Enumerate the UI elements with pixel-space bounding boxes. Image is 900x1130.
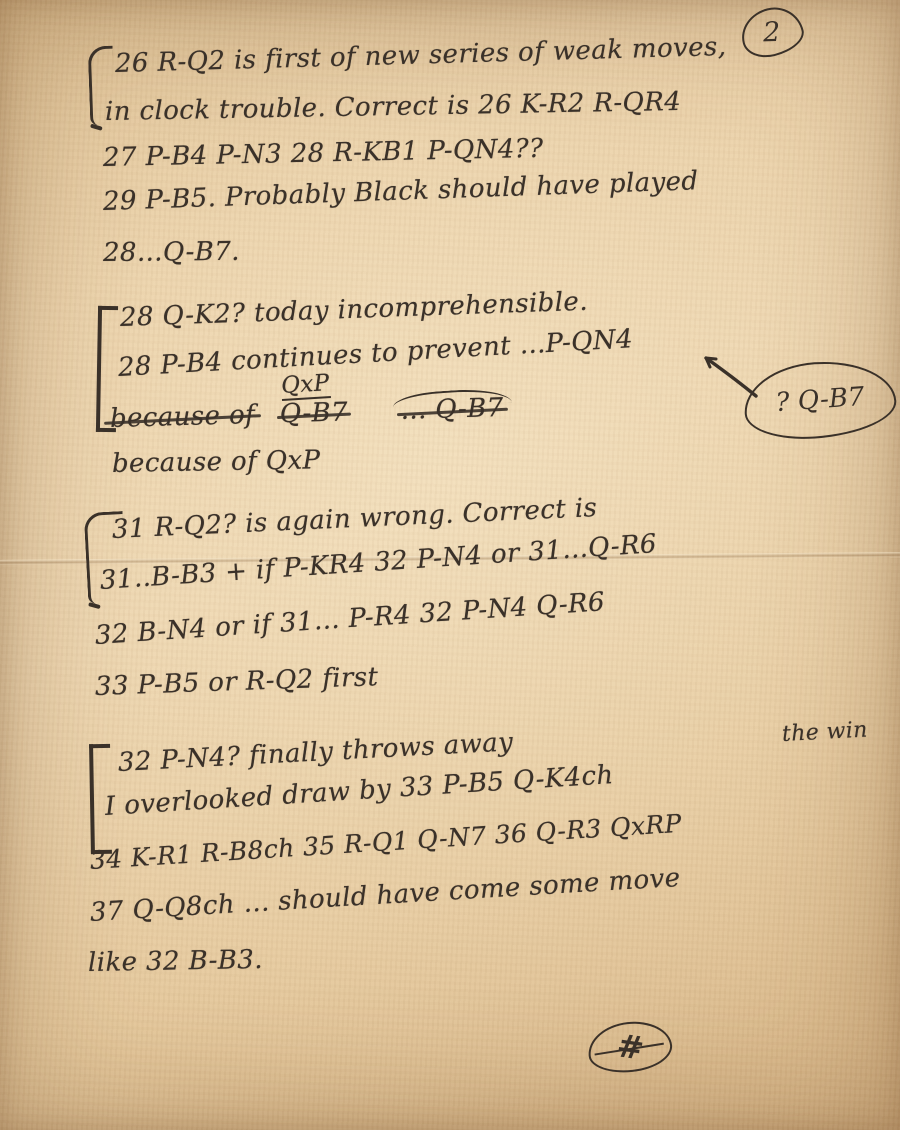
struck-move: Q-B7 [279, 397, 348, 429]
page-number: 2 [763, 16, 781, 48]
note-line: 29 P-B5. Probably Black should have play… [102, 166, 698, 217]
struck-alt-move: ... Q-B7 [400, 393, 504, 426]
end-mark-symbol: # [614, 1026, 646, 1067]
page-number-circle: 2 [736, 1, 808, 63]
note-line: 33 P-B5 or R-Q2 first [94, 662, 378, 702]
note-line-corrected: because of QxP Q-B7 ... Q-B7 [110, 393, 504, 434]
struck-text: because of [110, 400, 256, 434]
note-line: 28 Q-K2? today incomprehensible. [119, 287, 588, 333]
annotation-text: ? Q-B7 [775, 382, 866, 418]
inserted-text: QxP [280, 370, 330, 401]
note-line: 26 R-Q2 is first of new series of weak m… [115, 32, 727, 79]
annotation-bubble: ? Q-B7 [742, 357, 899, 443]
note-line: 28 P-B4 continues to prevent ...P-QN4 [117, 324, 634, 383]
end-mark-circle: # [586, 1018, 675, 1077]
note-line-raised: the win [781, 718, 868, 747]
note-line: in clock trouble. Correct is 26 K-R2 R-Q… [105, 87, 682, 127]
note-line: 37 Q-Q8ch ... should have come some move [89, 863, 681, 928]
note-line: because of QxP [112, 445, 321, 479]
handwritten-note-page: 2 26 R-Q2 is first of new series of weak… [0, 0, 900, 1130]
note-line: 32 B-N4 or if 31... P-R4 32 P-N4 Q-R6 [94, 587, 606, 651]
note-line: 28...Q-B7. [103, 237, 240, 268]
note-line: like 32 B-B3. [88, 945, 263, 978]
note-line: 34 K-R1 R-B8ch 35 R-Q1 Q-N7 36 Q-R3 QxRP [89, 809, 682, 875]
correction-stack: QxP Q-B7 [279, 397, 348, 429]
note-line: 27 P-B4 P-N3 28 R-KB1 P-QN4?? [103, 134, 544, 173]
